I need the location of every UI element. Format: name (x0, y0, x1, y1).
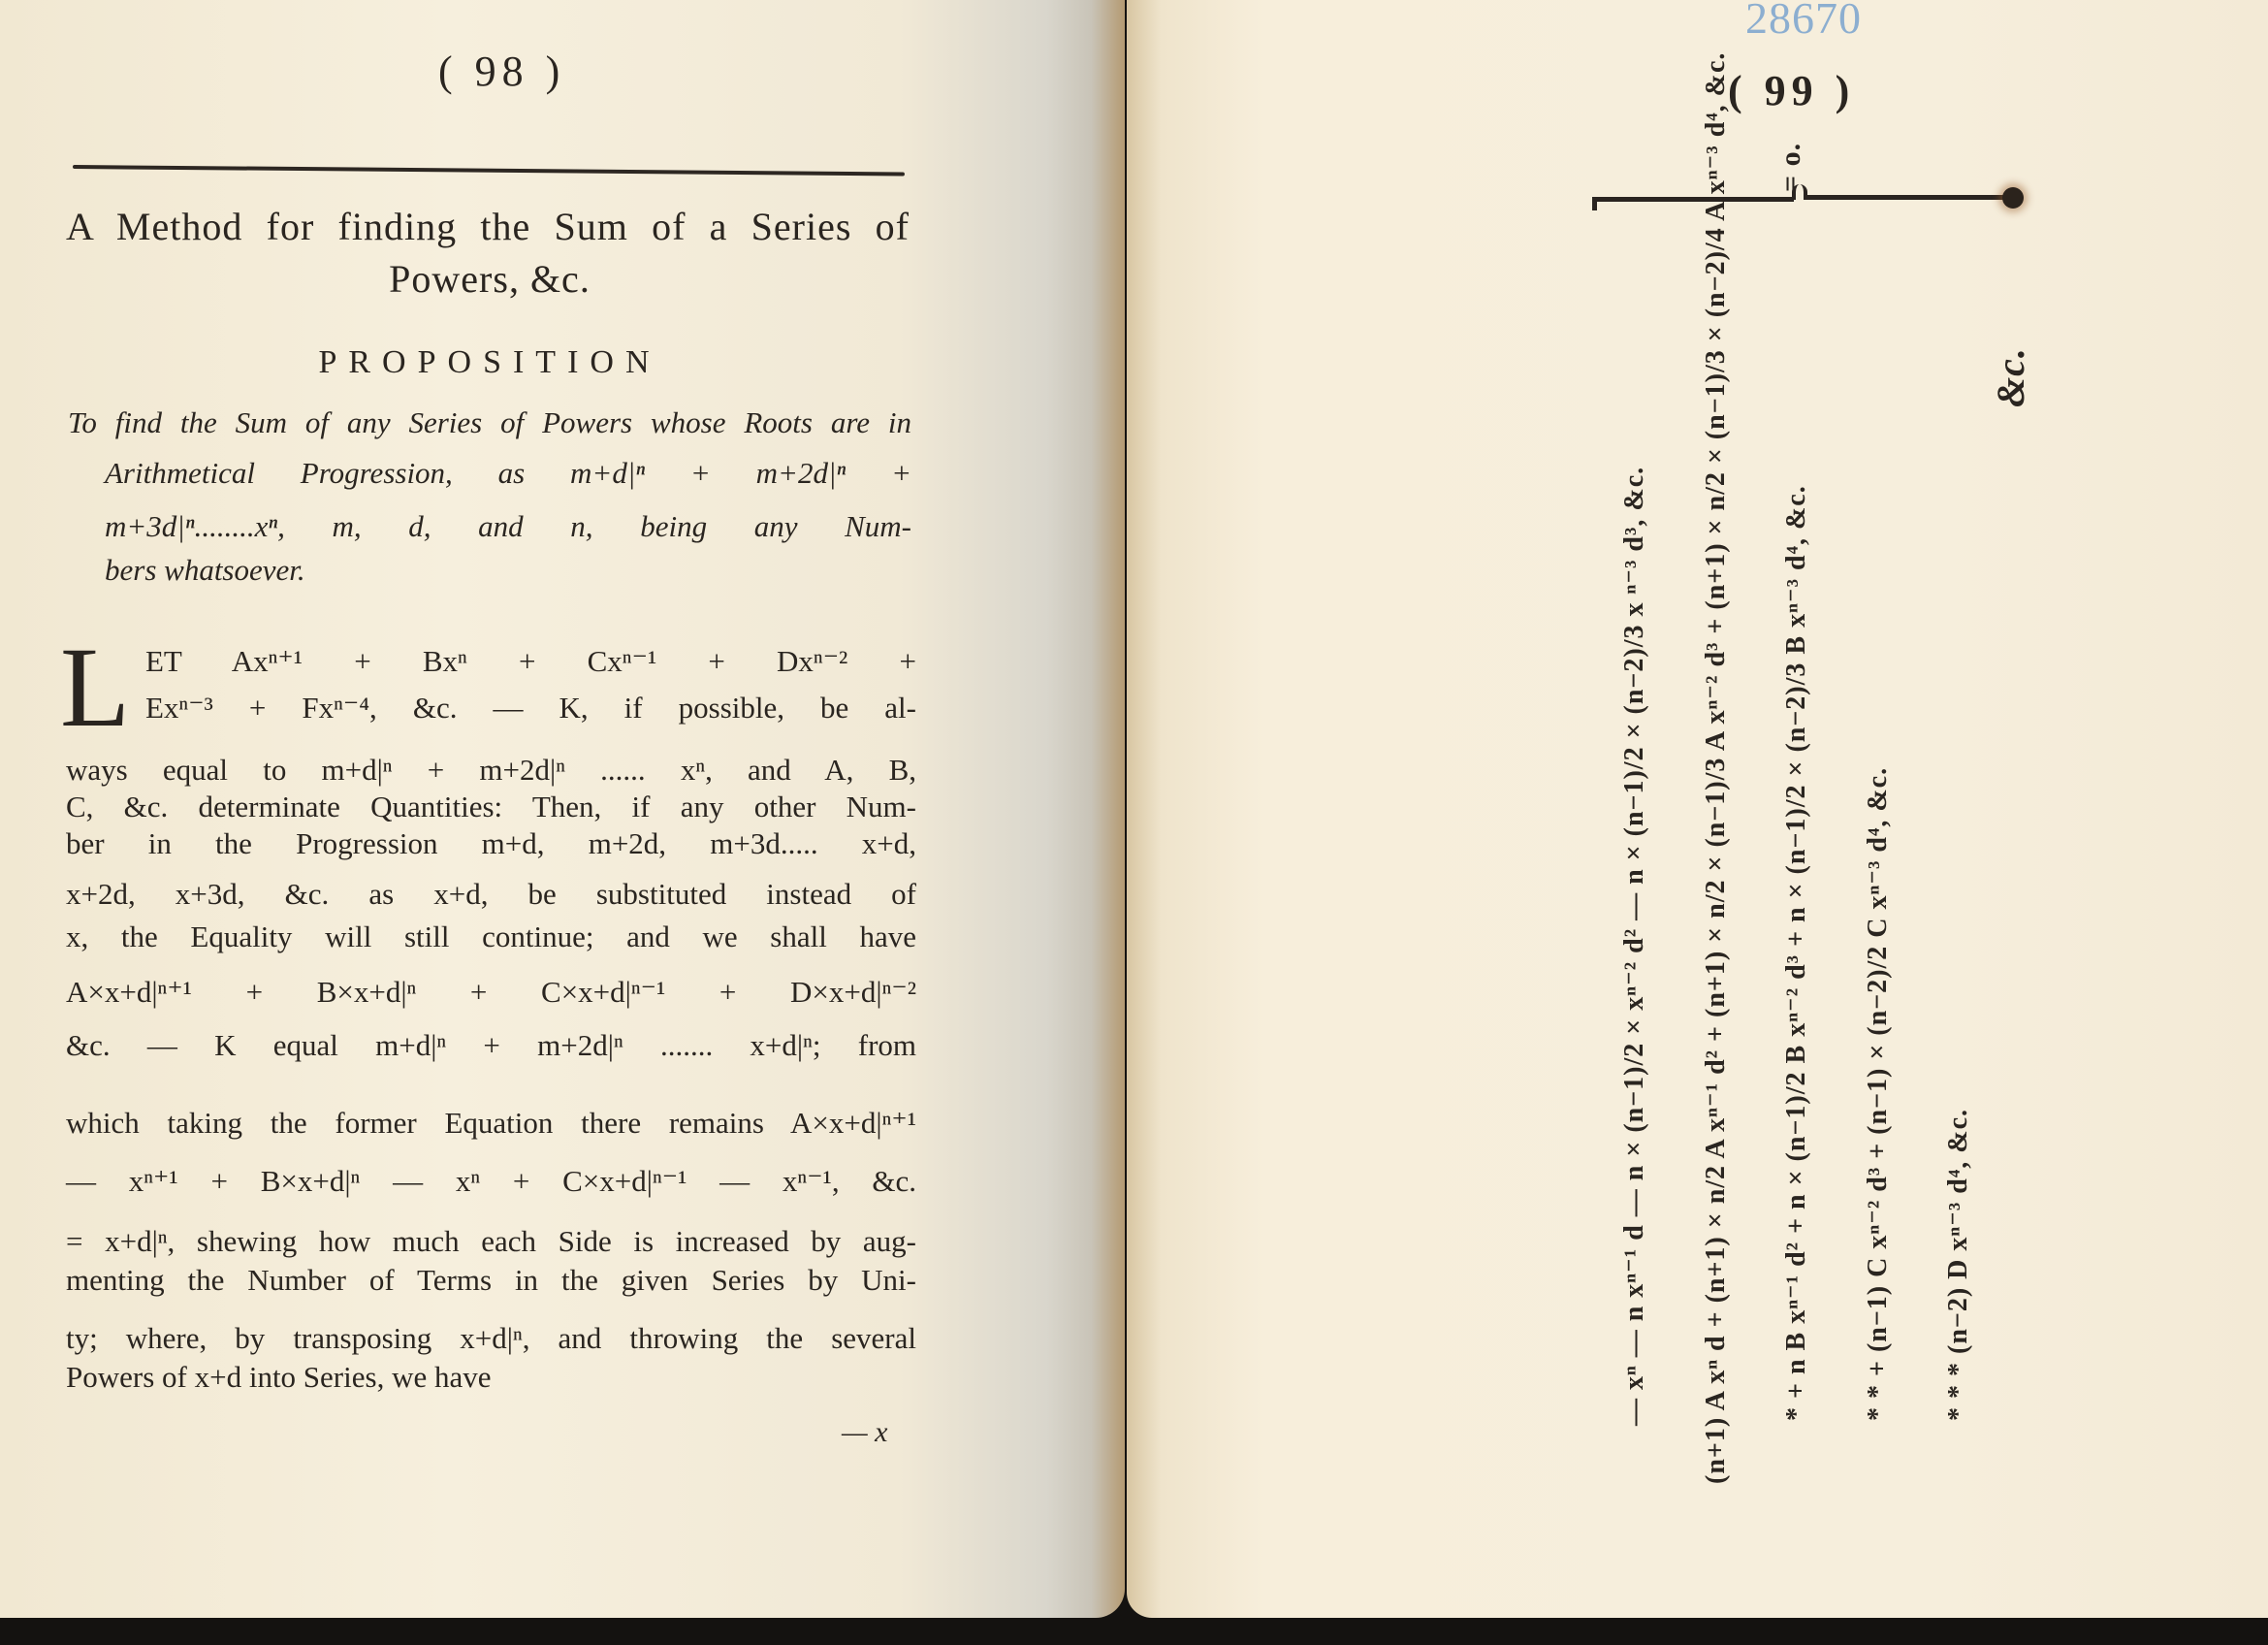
proposition-heading: PROPOSITION (0, 344, 979, 381)
series-column-3: * + n B xⁿ⁻¹ d² + n × (n−1)/2 B xⁿ⁻² d³ … (1779, 485, 1812, 1421)
body-line: A×x+d|ⁿ⁺¹ + B×x+d|ⁿ + C×x+d|ⁿ⁻¹ + D×x+d|… (66, 975, 916, 1010)
body-line: which taking the former Equation there r… (66, 1106, 916, 1141)
left-page: ( 98 ) A Method for finding the Sum of a… (0, 0, 1125, 1618)
proposition-line: To find the Sum of any Series of Powers … (68, 405, 911, 440)
body-line: &c. — K equal m+d|ⁿ + m+2d|ⁿ ....... x+d… (66, 1028, 916, 1063)
final-etc: &c. (1988, 347, 2033, 407)
body-line: ty; where, by transposing x+d|ⁿ, and thr… (66, 1321, 916, 1356)
body-line: ET Axⁿ⁺¹ + Bxⁿ + Cxⁿ⁻¹ + Dxⁿ⁻² + (145, 644, 916, 679)
page-number-98: ( 98 ) (438, 47, 565, 96)
library-stamp: 28670 (1745, 0, 1862, 44)
header-rule (73, 165, 905, 176)
body-line: C, &c. determinate Quantities: Then, if … (66, 790, 916, 824)
series-column-5: * * * (n−2) D xⁿ⁻³ d⁴, &c. (1941, 1109, 1974, 1421)
proposition-line: bers whatsoever. (105, 553, 305, 588)
body-line: x+2d, x+3d, &c. as x+d, be substituted i… (66, 877, 916, 912)
ink-blot (2002, 187, 2024, 209)
body-line: ber in the Progression m+d, m+2d, m+3d..… (66, 826, 916, 861)
body-line: = x+d|ⁿ, shewing how much each Side is i… (66, 1224, 916, 1259)
proposition-line: m+3d|ⁿ........xⁿ, m, d, and n, being any… (105, 509, 911, 544)
series-column-1: — xⁿ — n xⁿ⁻¹ d — n × (n−1)/2 × xⁿ⁻² d² … (1617, 467, 1650, 1426)
body-line: ways equal to m+d|ⁿ + m+2d|ⁿ ...... xⁿ, … (66, 753, 916, 788)
chapter-title-line2: Powers, &c. (0, 256, 979, 302)
series-column-2: (n+1) A xⁿ d + (n+1) × n/2 A xⁿ⁻¹ d² + (… (1699, 52, 1732, 1484)
body-line: x, the Equality will still continue; and… (66, 919, 916, 954)
body-line: Powers of x+d into Series, we have (66, 1360, 491, 1395)
proposition-line: Arithmetical Progression, as m+d|ⁿ + m+2… (105, 456, 911, 491)
catchword: — x (842, 1416, 888, 1449)
chapter-title-line1: A Method for finding the Sum of a Series… (66, 204, 910, 249)
series-column-4: * * + (n−1) C xⁿ⁻² d³ + (n−1) × (n−2)/2 … (1861, 767, 1894, 1421)
drop-cap: L (60, 630, 130, 745)
body-line: menting the Number of Terms in the given… (66, 1263, 916, 1298)
body-line: Exⁿ⁻³ + Fxⁿ⁻⁴, &c. — K, if possible, be … (145, 691, 916, 726)
page-number-99: ( 99 ) (1728, 66, 1855, 115)
right-page: 28670 ( 99 ) = o. — xⁿ — n xⁿ⁻¹ d — n × … (1127, 0, 2268, 1618)
body-line: — xⁿ⁺¹ + B×x+d|ⁿ — xⁿ + C×x+d|ⁿ⁻¹ — xⁿ⁻¹… (66, 1164, 916, 1199)
